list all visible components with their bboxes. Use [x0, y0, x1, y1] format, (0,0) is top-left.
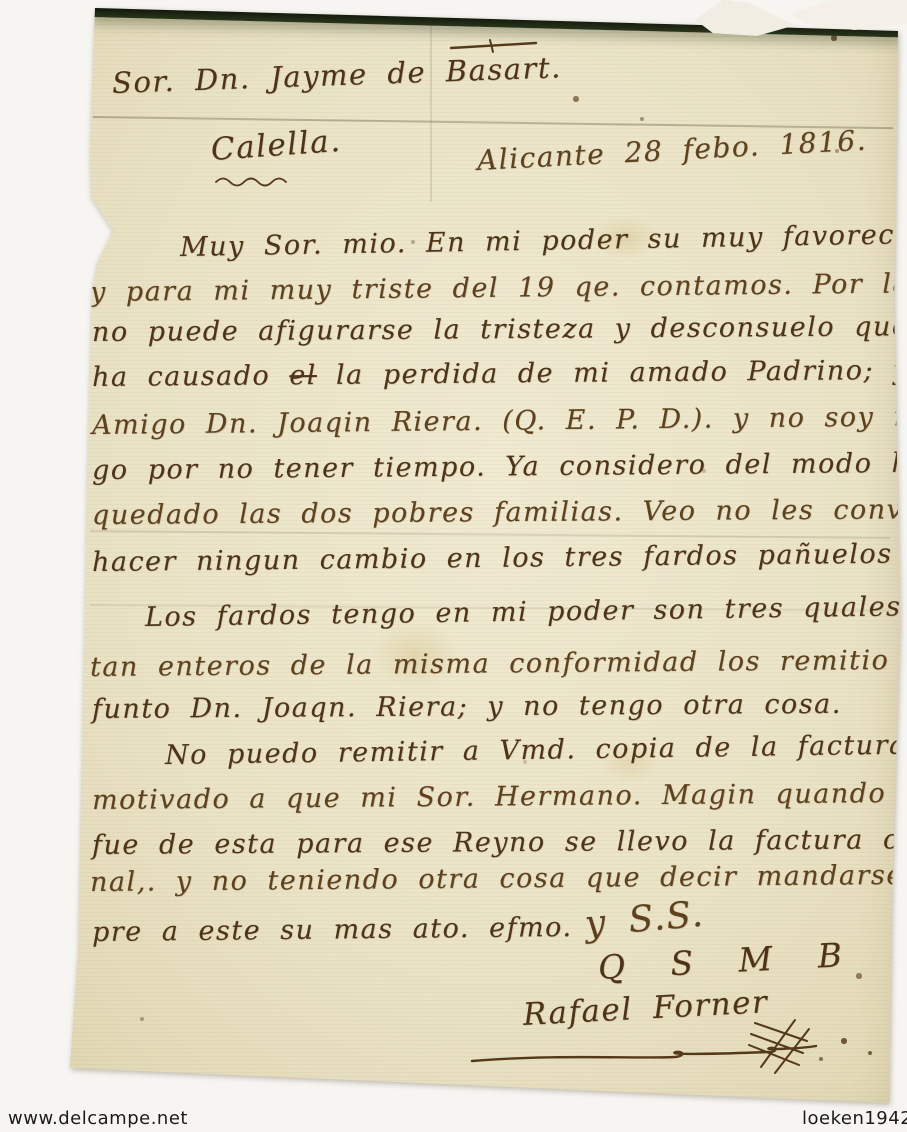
dateline: Alicante 28 febo. 1816. [476, 124, 868, 178]
body-line: Amigo Dn. Joaqin Riera. (Q. E. P. D.). y… [92, 400, 907, 442]
signature: Rafael Forner [522, 984, 769, 1034]
fold-crease [430, 22, 432, 202]
body-line: y para mi muy triste del 19 qe. contamos… [90, 268, 907, 310]
closing-line: y S.S. [583, 893, 706, 946]
struck-word: el [289, 360, 317, 391]
recipient-line: Sor. Dn. Jayme de Basart. [111, 50, 562, 100]
letter-sheet: Sor. Dn. Jayme de Basart. Calella. Alica… [0, 0, 907, 1132]
body-line: funto Dn. Joaqn. Riera; y no tengo otra … [92, 689, 842, 727]
body-line: motivado a que mi Sor. Hermano. Magin qu… [92, 778, 907, 818]
body-line: nal,. y no teniendo otra cosa que decir … [90, 859, 907, 899]
body-line: go por no tener tiempo. Ya considero del… [92, 447, 907, 487]
body-line: pre a este su mas ato. efmo. [92, 912, 573, 949]
body-line: quedado las dos pobres familias. Veo no … [92, 494, 907, 533]
body-line: Muy Sor. mio. En mi poder su muy favorec… [180, 219, 907, 265]
fold-crease [93, 116, 893, 129]
foxing-stains [0, 0, 2, 2]
body-text: la perdida de mi amado Padrino; y del [336, 354, 907, 391]
body-line: fue de esta para ese Reyno se llevo la f… [92, 824, 907, 862]
wavy-underline [212, 174, 312, 190]
destination-line: Calella. [210, 123, 343, 169]
body-line: tan enteros de la misma conformidad los … [90, 644, 907, 684]
body-line: no puede afigurarse la tristeza y descon… [92, 311, 907, 350]
signature-flourish [460, 1046, 830, 1072]
body-line: hacer ningun cambio en los tres fardos p… [92, 538, 907, 580]
body-text: ha causado [92, 360, 270, 393]
closing-line: Q S M B [597, 935, 856, 988]
watermark-site: www.delcampe.net [8, 1108, 188, 1129]
body-line: No puedo remitir a Vmd. copia de la fact… [165, 730, 907, 773]
aged-paper: Sor. Dn. Jayme de Basart. Calella. Alica… [0, 0, 907, 1132]
watermark-seller: loeken1942 [802, 1108, 907, 1129]
scanned-letter-background: Sor. Dn. Jayme de Basart. Calella. Alica… [0, 0, 907, 1132]
body-line: Los fardos tengo en mi poder son tres qu… [145, 591, 907, 635]
body-line: ha causado el la perdida de mi amado Pad… [92, 354, 907, 394]
